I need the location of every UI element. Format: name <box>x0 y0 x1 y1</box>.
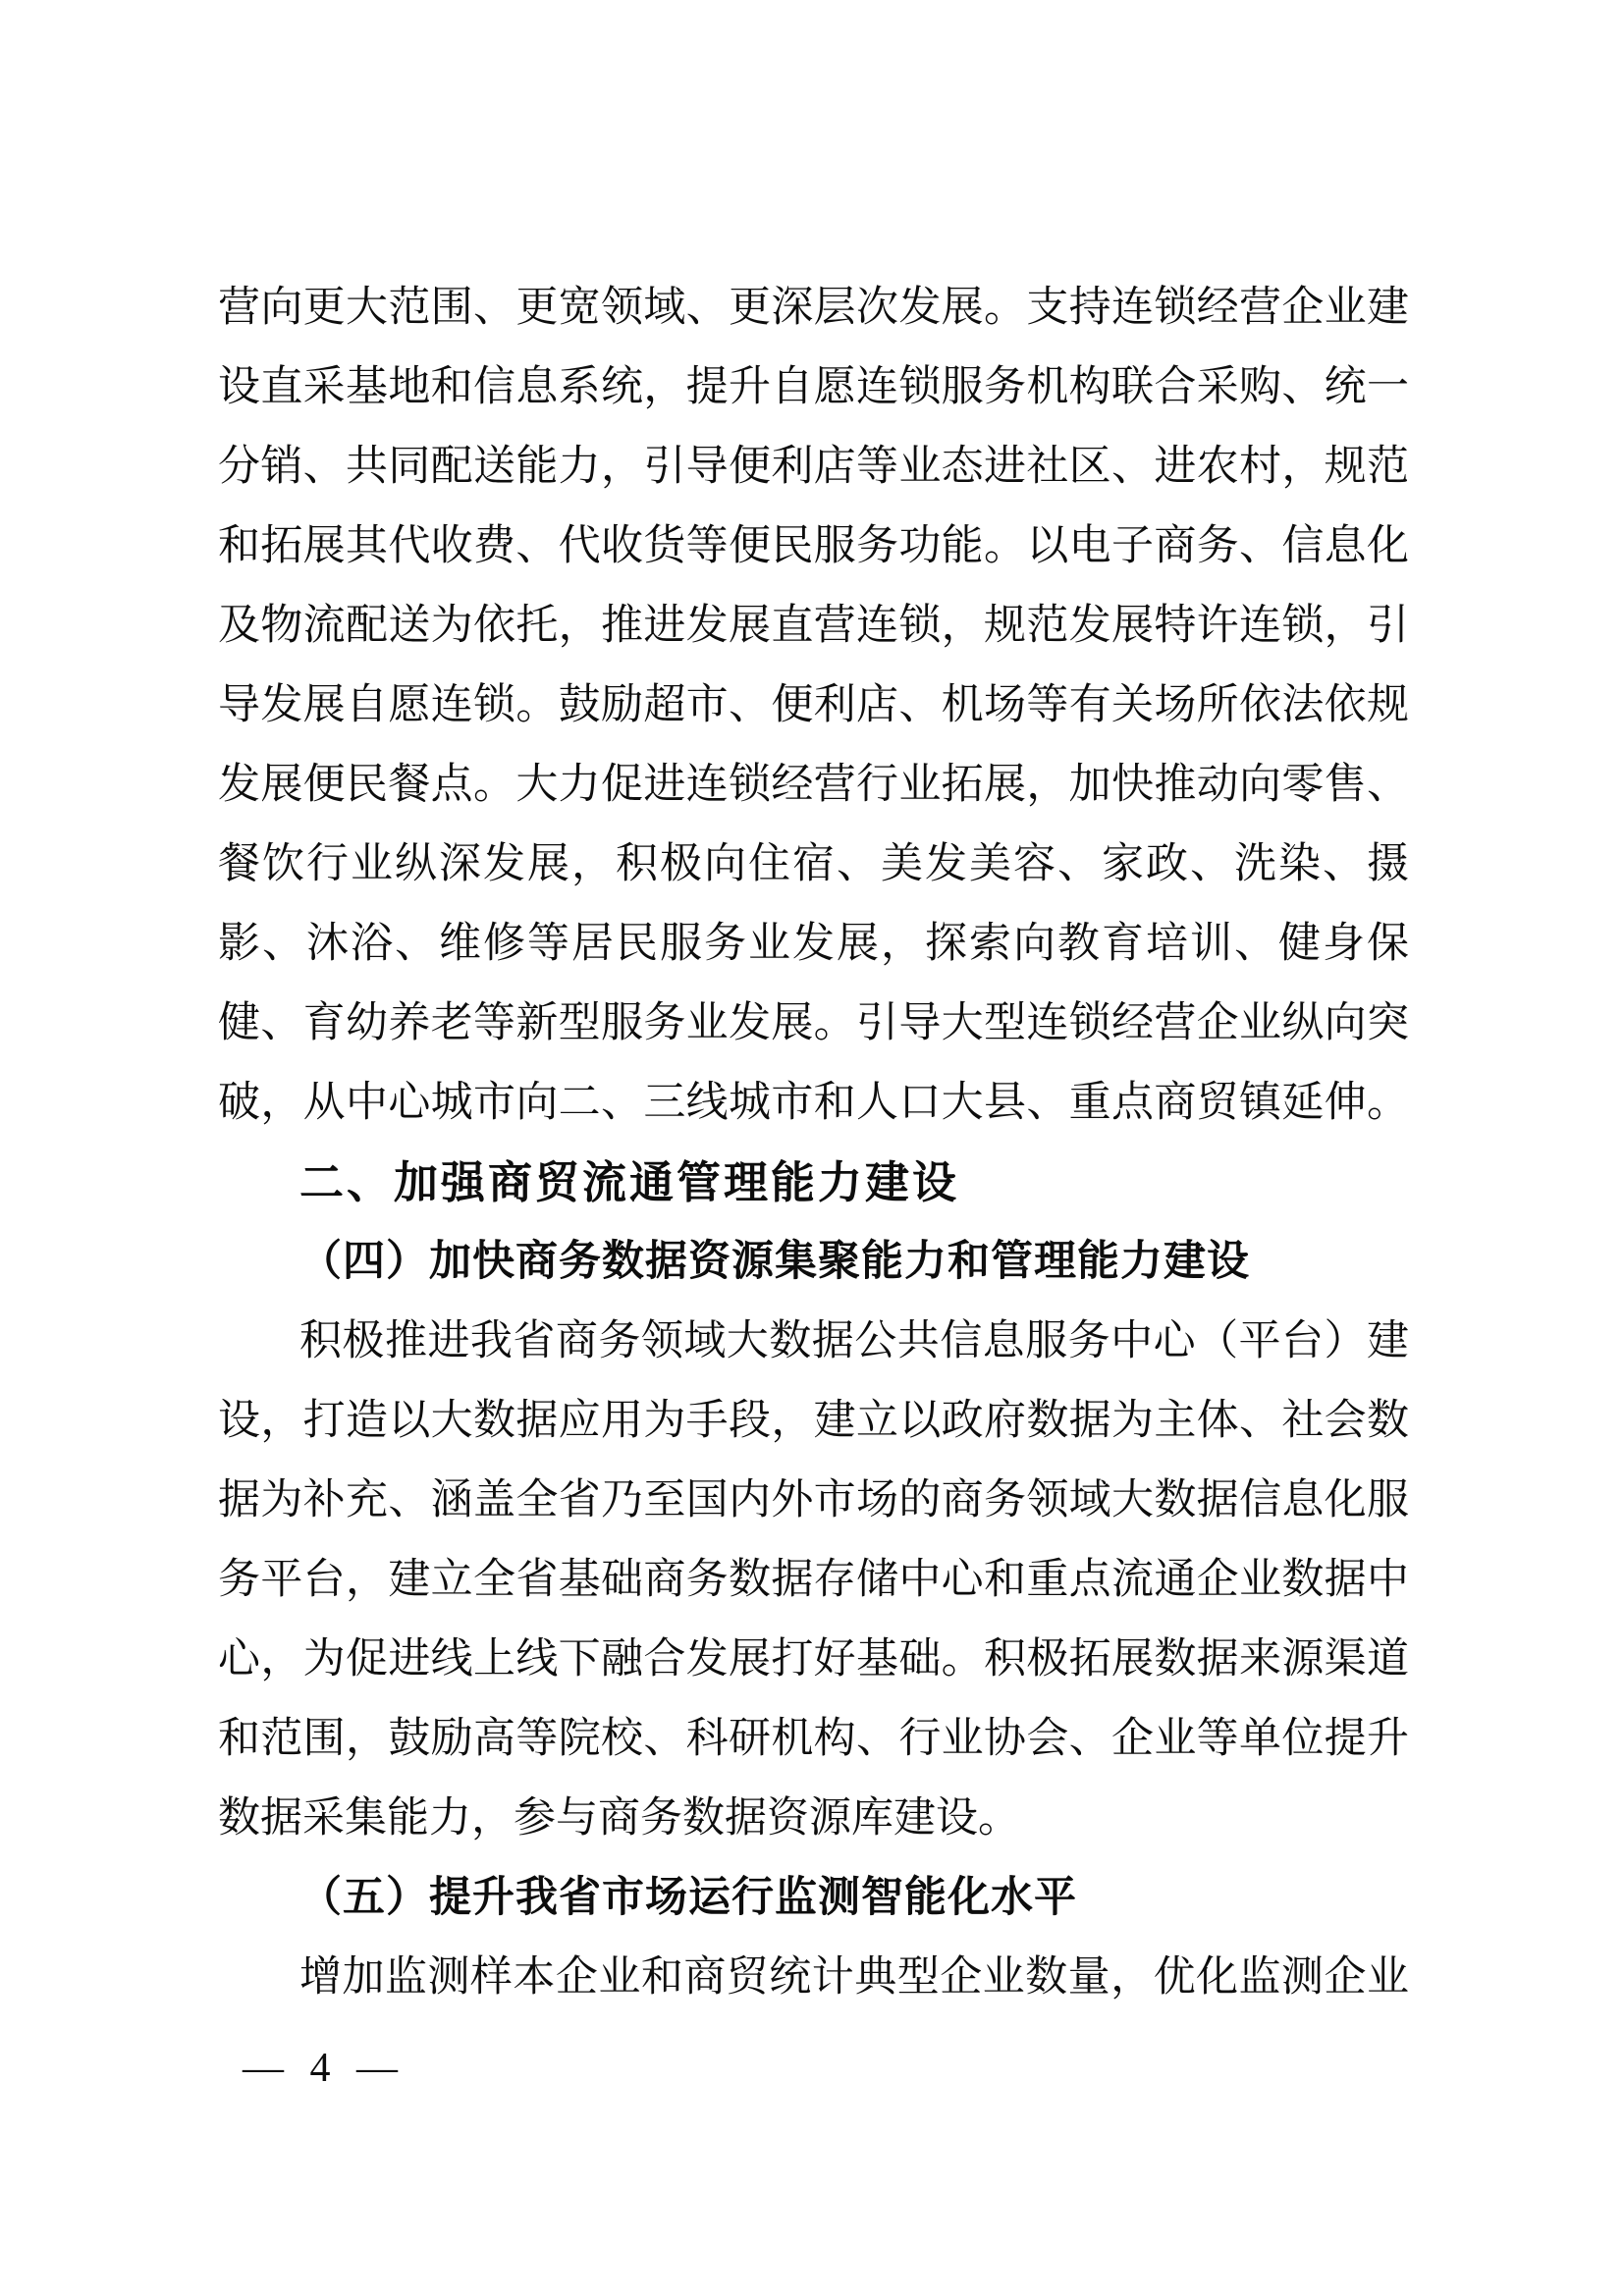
text-line: 发展便民餐点。大力促进连锁经营行业拓展，加快推动向零售、 <box>218 745 1409 825</box>
text-line: 据为补充、涵盖全省乃至国内外市场的商务领域大数据信息化服 <box>218 1461 1409 1540</box>
text-line: 营向更大范围、更宽领域、更深层次发展。支持连锁经营企业建 <box>218 268 1409 347</box>
section-heading: 二、加强商贸流通管理能力建设 <box>218 1143 1409 1222</box>
text-line: 分销、共同配送能力，引导便利店等业态进社区、进农村，规范 <box>218 427 1409 507</box>
text-line: 积极推进我省商务领域大数据公共信息服务中心（平台）建 <box>218 1302 1409 1381</box>
text-line: 设直采基地和信息系统，提升自愿连锁服务机构联合采购、统一 <box>218 347 1409 427</box>
subsection-heading: （五）提升我省市场运行监测智能化水平 <box>218 1858 1409 1938</box>
text-line: 及物流配送为依托，推进发展直营连锁，规范发展特许连锁，引 <box>218 586 1409 666</box>
text-line: 数据采集能力，参与商务数据资源库建设。 <box>218 1779 1409 1858</box>
text-line: 心，为促进线上线下融合发展打好基础。积极拓展数据来源渠道 <box>218 1620 1409 1699</box>
text-line: 导发展自愿连锁。鼓励超市、便利店、机场等有关场所依法依规 <box>218 666 1409 745</box>
text-line: 破，从中心城市向二、三线城市和人口大县、重点商贸镇延伸。 <box>218 1063 1409 1143</box>
text-line: 务平台，建立全省基础商务数据存储中心和重点流通企业数据中 <box>218 1540 1409 1620</box>
subsection-heading: （四）加快商务数据资源集聚能力和管理能力建设 <box>218 1222 1409 1302</box>
text-line: 和拓展其代收费、代收货等便民服务功能。以电子商务、信息化 <box>218 507 1409 586</box>
text-line: 餐饮行业纵深发展，积极向住宿、美发美容、家政、洗染、摄 <box>218 825 1409 904</box>
text-line: 和范围，鼓励高等院校、科研机构、行业协会、企业等单位提升 <box>218 1699 1409 1779</box>
text-line: 设，打造以大数据应用为手段，建立以政府数据为主体、社会数 <box>218 1381 1409 1461</box>
text-line: 健、育幼养老等新型服务业发展。引导大型连锁经营企业纵向突 <box>218 984 1409 1063</box>
text-line: 影、沐浴、维修等居民服务业发展，探索向教育培训、健身保 <box>218 904 1409 984</box>
text-line: 增加监测样本企业和商贸统计典型企业数量，优化监测企业 <box>218 1938 1409 2017</box>
document-text-block: 营向更大范围、更宽领域、更深层次发展。支持连锁经营企业建 设直采基地和信息系统，… <box>218 268 1409 2017</box>
page-number: — 4 — <box>243 2047 406 2090</box>
document-page: 营向更大范围、更宽领域、更深层次发展。支持连锁经营企业建 设直采基地和信息系统，… <box>0 0 1624 2296</box>
